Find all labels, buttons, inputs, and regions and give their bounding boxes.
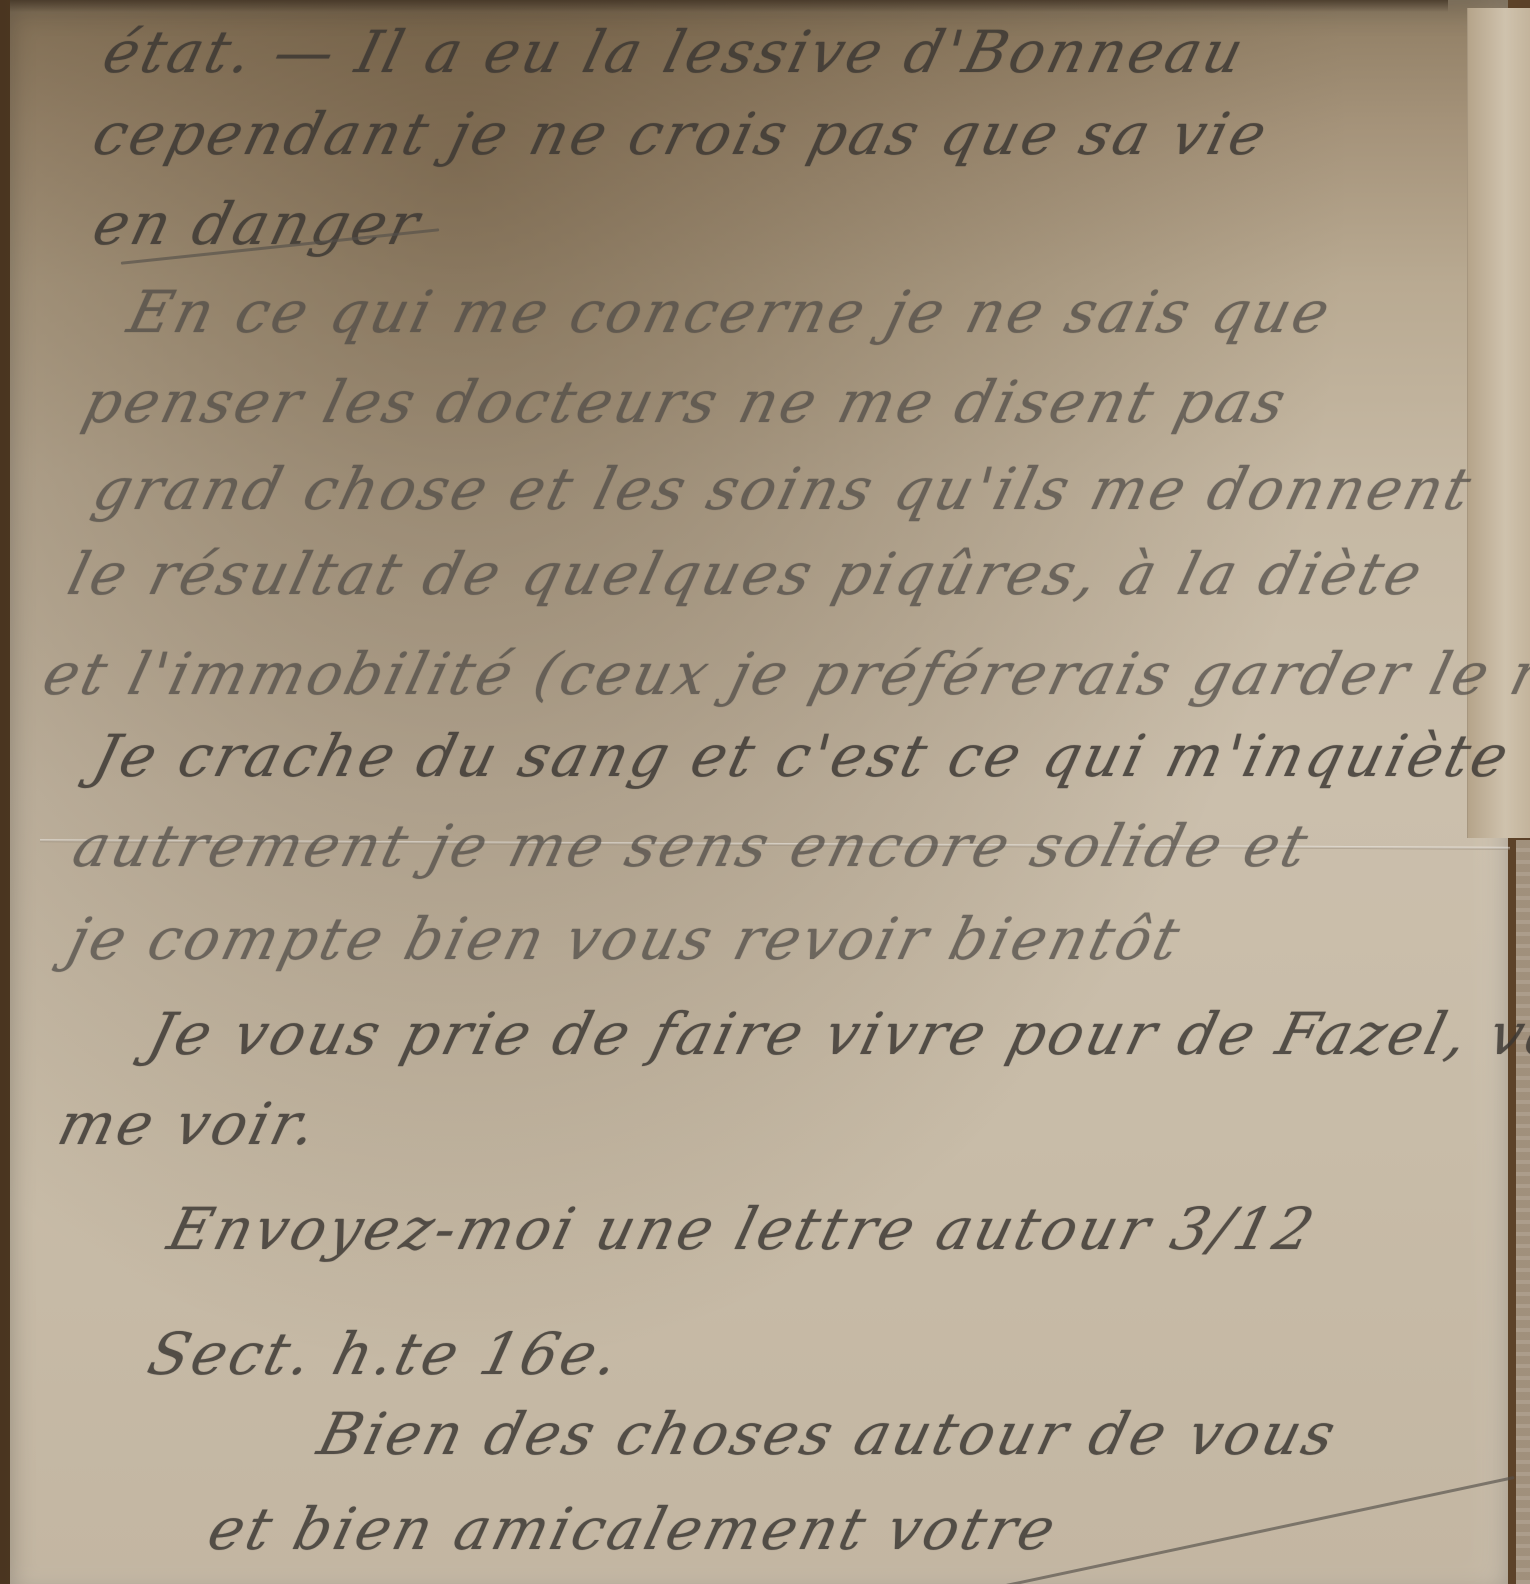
letter-line-6: grand chose et les soins qu'ils me donne… bbox=[87, 455, 1481, 523]
letter-line-13: me voir. bbox=[52, 1090, 327, 1158]
letter-line-2: cependant je ne crois pas que sa vie bbox=[87, 100, 1277, 168]
letter-line-11: je compte bien vous revoir bientôt bbox=[62, 905, 1190, 973]
letter-line-12: Je vous prie de faire vivre pour de Faze… bbox=[142, 1000, 1530, 1068]
letter-line-1: état. — Il a eu la lessive d'Bonneau bbox=[97, 18, 1253, 86]
letter-line-5: penser les docteurs ne me disent pas bbox=[77, 368, 1296, 436]
signature-stroke bbox=[1005, 1476, 1514, 1584]
letter-line-17: et bien amicalement votre bbox=[202, 1495, 1065, 1563]
letter-line-16: Bien des choses autour de vous bbox=[312, 1400, 1345, 1468]
letter-line-7: le résultat de quelques piqûres, à la di… bbox=[62, 540, 1432, 608]
handwritten-letter: état. — Il a eu la lessive d'Bonneau cep… bbox=[0, 0, 1530, 1584]
letter-line-8: et l'immobilité (ceux je préférerais gar… bbox=[37, 640, 1530, 708]
photo-stage: état. — Il a eu la lessive d'Bonneau cep… bbox=[0, 0, 1530, 1584]
letter-line-9: Je crache du sang et c'est ce qui m'inqu… bbox=[87, 722, 1518, 790]
letter-line-10: autrement je me sens encore solide et bbox=[67, 812, 1318, 880]
letter-line-15: Sect. h.te 16e. bbox=[142, 1320, 629, 1388]
letter-line-4: En ce qui me concerne je ne sais que bbox=[122, 278, 1340, 346]
letter-line-14: Envoyez-moi une lettre autour 3/12 bbox=[162, 1195, 1324, 1263]
